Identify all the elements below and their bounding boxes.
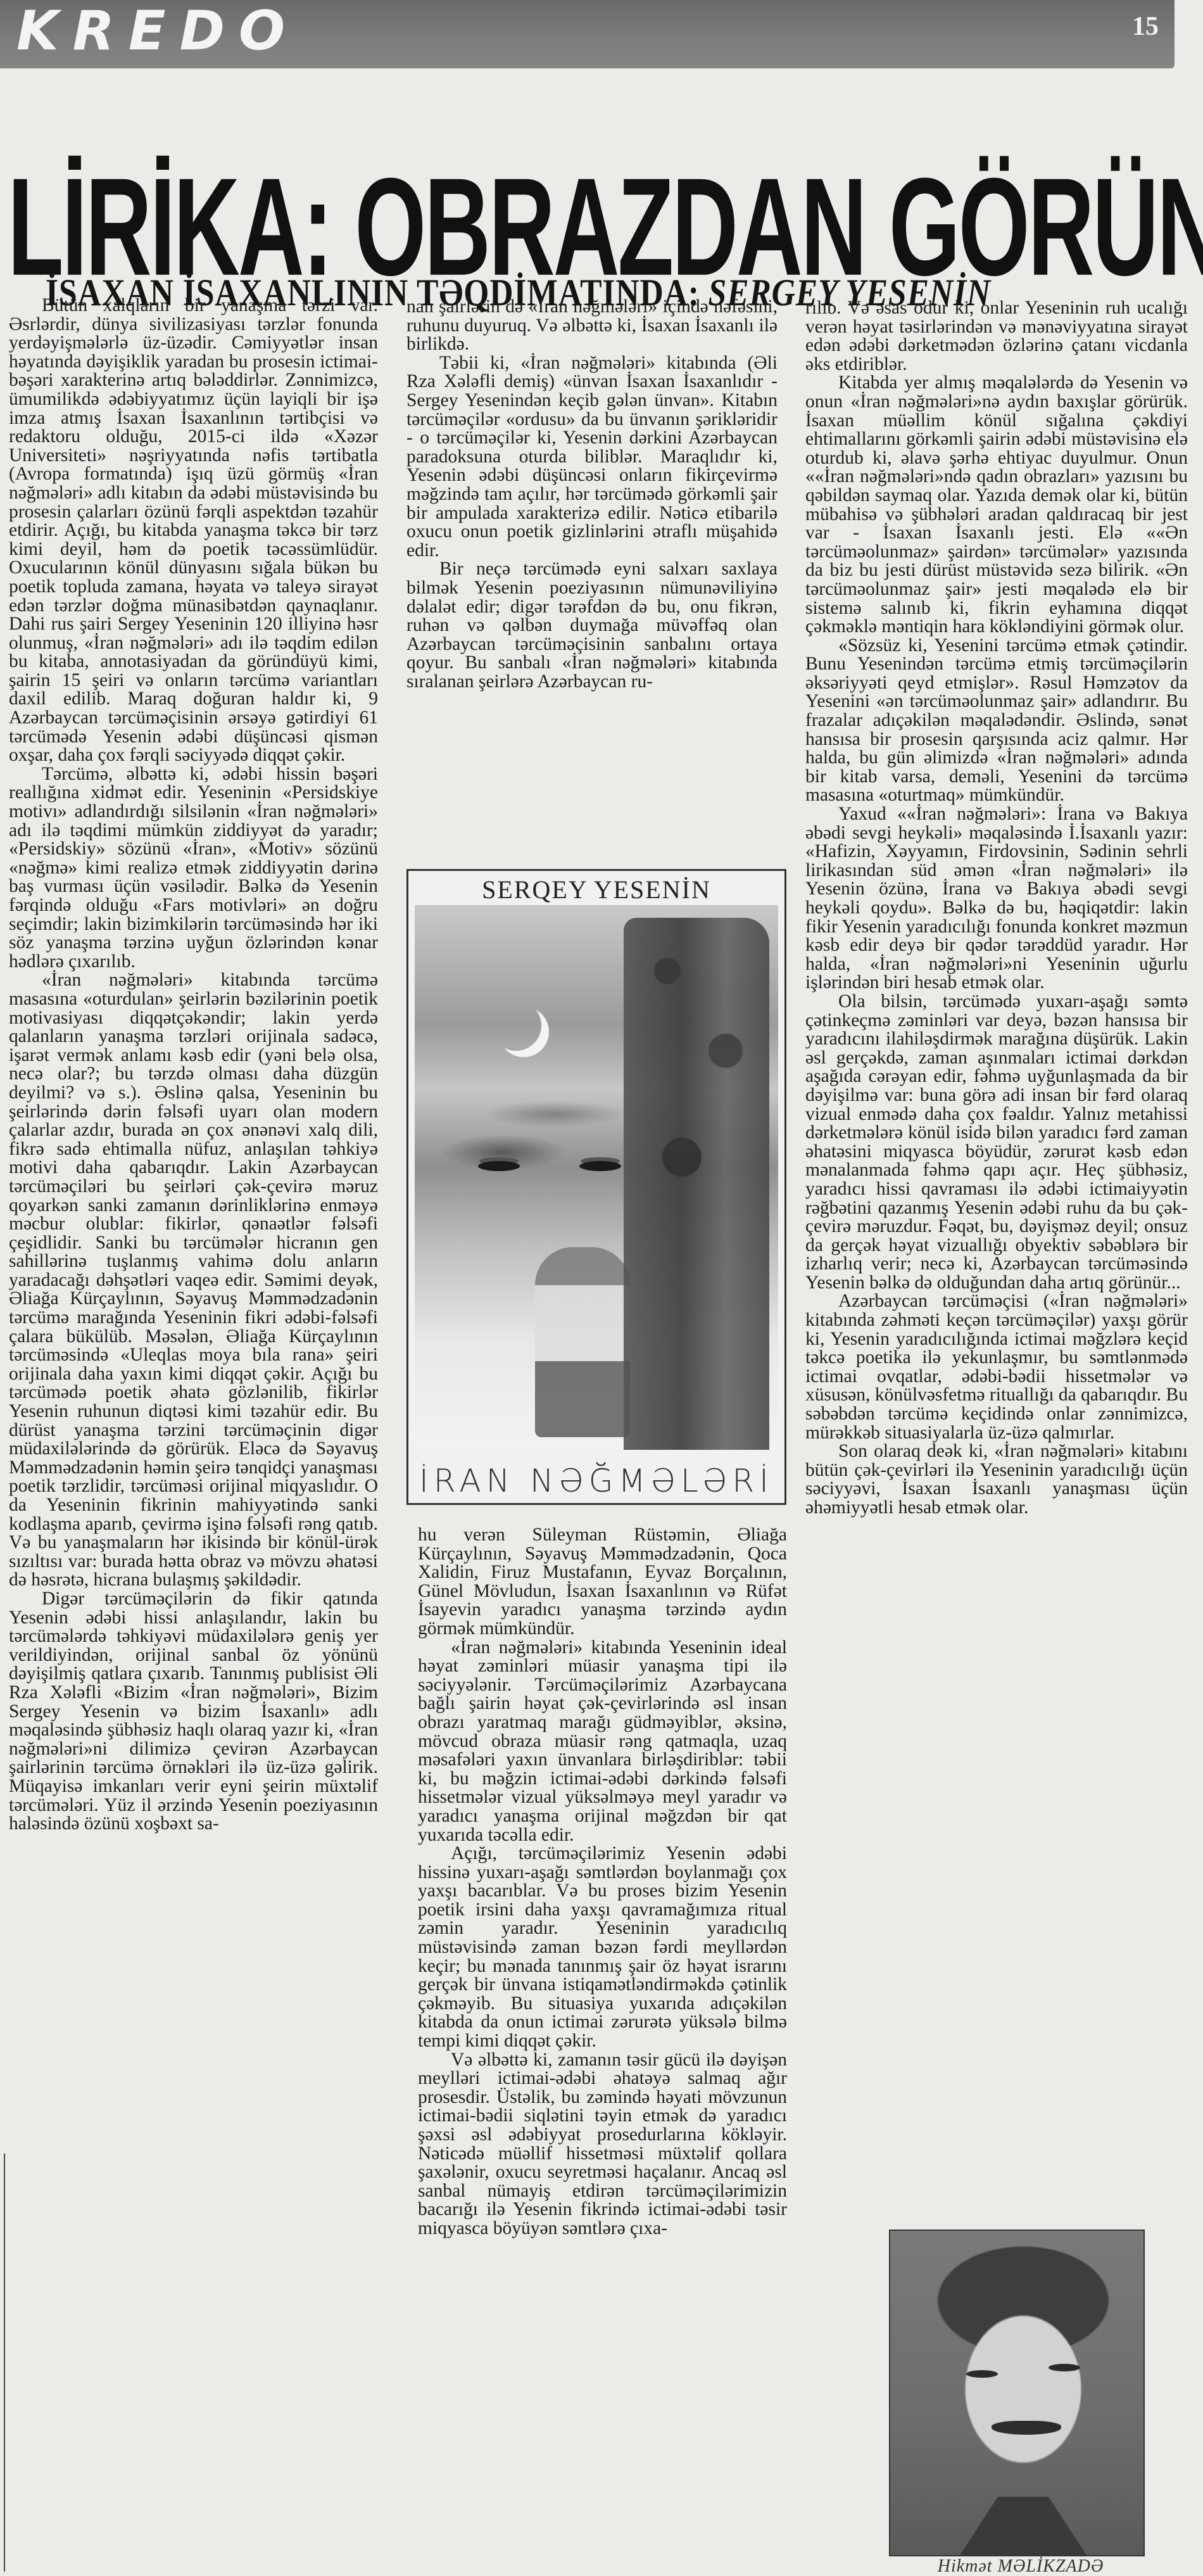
paragraph: Açığı, tərcüməçilərimiz Yesenin ədəbi hi… — [418, 1844, 787, 2051]
eye-shape — [966, 2370, 998, 2378]
column-right: rılıb. Və əsas odur ki, onlar Yeseninin … — [805, 299, 1188, 1518]
masthead-brand: KREDO — [16, 4, 299, 58]
paragraph: Və əlbəttə ki, zamanın təsir gücü ilə də… — [418, 2051, 787, 2238]
paragraph: hu verən Süleyman Rüstəmin, Əliağa Kürça… — [418, 1526, 787, 1639]
tree-illustration — [624, 918, 769, 1450]
column-left: Bütün xalqların bir yanaşma tərzi var. Ə… — [9, 296, 378, 1834]
column-divider — [4, 2154, 5, 2572]
paragraph: Bir neçə tərcümədə eyni salxarı saxlaya … — [406, 560, 778, 691]
paragraph: «Sözsüz ki, Yesenini tərcümə etmək çətin… — [805, 637, 1188, 805]
crescent-moon-icon — [491, 1000, 541, 1051]
shirt-shape — [960, 2497, 1086, 2555]
eye-shape — [1049, 2364, 1080, 2371]
paragraph: «İran nəğmələri» kitabında tərcümə masas… — [9, 971, 378, 1590]
author-byline: Hikmət MƏLİKZADƏ — [913, 2556, 1128, 2576]
column-middle-bottom: hu verən Süleyman Rüstəmin, Əliağa Kürça… — [418, 1526, 787, 2238]
paragraph: Azərbaycan tərcüməçisi («İran nəğmələri»… — [805, 1292, 1188, 1442]
page-number: 15 — [1132, 11, 1159, 42]
eyes-illustration — [472, 1158, 630, 1177]
paragraph: nan şairlərin də «İran nəğmələri» içində… — [406, 298, 778, 354]
paragraph: Təbii ki, «İran nəğmələri» kitabında (Əl… — [406, 354, 778, 561]
paragraph: Digər tərcüməçilərin də fikir qatında Ye… — [9, 1590, 378, 1834]
book-cover-illustration — [415, 905, 778, 1450]
paragraph: Tərcümə, əlbəttə ki, ədəbi hissin bəşəri… — [9, 765, 378, 972]
book-cover-title: İRAN NƏĞMƏLƏRİ — [408, 1462, 784, 1499]
paragraph: Ola bilsin, tərcümədə yuxarı-aşağı səmtə… — [805, 993, 1188, 1293]
paragraph: Yaxud ««İran nəğmələri»: İrana və Bakıya… — [805, 805, 1188, 993]
book-cover-author: SERQEY YESENİN — [408, 875, 784, 904]
author-photo — [889, 2230, 1145, 2556]
paragraph: «İran nəğmələri» kitabında Yeseninin ide… — [418, 1639, 787, 1845]
paragraph: Bütün xalqların bir yanaşma tərzi var. Ə… — [9, 296, 378, 765]
paragraph: Son olaraq deək ki, «İran nəğmələri» kit… — [805, 1442, 1188, 1517]
column-middle-top: nan şairlərin də «İran nəğmələri» içində… — [406, 298, 778, 691]
paragraph: Kitabda yer almış məqalələrdə də Yesenin… — [805, 374, 1188, 636]
paragraph: rılıb. Və əsas odur ki, onlar Yeseninin … — [805, 299, 1188, 374]
masthead: KREDO 15 — [0, 0, 1175, 68]
mustache-shape — [992, 2421, 1061, 2435]
book-cover-image: SERQEY YESENİN İRAN NƏĞMƏLƏRİ — [406, 869, 786, 1505]
poet-figure-illustration — [535, 1247, 630, 1437]
